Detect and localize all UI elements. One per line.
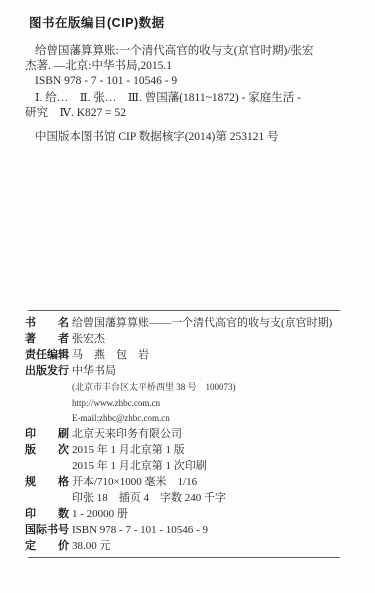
divider-bottom xyxy=(28,557,340,558)
field-label: 国际书号 xyxy=(25,523,72,539)
colophon-table: 书 名 给曾国藩算算账——一个清代高官的收与支(京官时期) 著 者 张宏杰 责任… xyxy=(25,316,357,555)
colophon-row-publisher: 出版发行 中华书局 (北京市丰台区太平桥西里 38 号 100073) http… xyxy=(25,364,357,428)
publisher-url: http://www.zhbc.com.cn xyxy=(72,396,357,412)
colophon-row-format: 规 格 开本/710×1000 毫米 1/16 印张 18 插页 4 字数 24… xyxy=(25,475,357,507)
colophon-row-title: 书 名 给曾国藩算算账——一个清代高官的收与支(京官时期) xyxy=(25,316,357,332)
field-value: 2015 年 1 月北京第 1 版 xyxy=(72,443,357,459)
cip-record-number: 中国版本图书馆 CIP 数据核字(2014)第 253121 号 xyxy=(25,130,375,145)
divider-top xyxy=(28,310,340,311)
cip-entry-line1: 给曾国藩算算账:一个清代高官的收与支(京官时期)/张宏 xyxy=(25,44,355,59)
colophon-row-price: 定 价 38.00 元 xyxy=(25,539,357,555)
copyright-page: 图书在版编目(CIP)数据 给曾国藩算算账:一个清代高官的收与支(京官时期)/张… xyxy=(0,0,375,593)
field-value: 中华书局 xyxy=(72,364,357,380)
colophon-row-edition: 版 次 2015 年 1 月北京第 1 版 2015 年 1 月北京第 1 次印… xyxy=(25,443,357,475)
field-label: 规 格 xyxy=(25,475,72,491)
field-label: 印 数 xyxy=(25,507,72,523)
field-label: 版 次 xyxy=(25,443,72,459)
field-value: 马 燕 包 岩 xyxy=(72,348,357,364)
field-value: 北京天来印务有限公司 xyxy=(72,427,357,443)
publisher-email: E-mail:zhbc@zhbc.com.cn xyxy=(72,411,357,427)
field-value: 38.00 元 xyxy=(72,539,357,555)
publisher-address: (北京市丰台区太平桥西里 38 号 100073) xyxy=(72,380,357,396)
field-label: 定 价 xyxy=(25,539,72,555)
field-value: 1 - 20000 册 xyxy=(72,507,357,523)
field-value: 张宏杰 xyxy=(72,332,357,348)
field-value: 开本/710×1000 毫米 1/16 xyxy=(72,475,357,491)
cip-class-line2: 研究 Ⅳ. K827 = 52 xyxy=(25,106,355,121)
colophon-row-print-run: 印 数 1 - 20000 册 xyxy=(25,507,357,523)
cip-classification: Ⅰ. 给… Ⅱ. 张… Ⅲ. 曾国藩(1811~1872) - 家庭生活 - 研… xyxy=(25,91,355,121)
colophon-row-printer: 印 刷 北京天来印务有限公司 xyxy=(25,427,357,443)
colophon-row-editor: 责任编辑 马 燕 包 岩 xyxy=(25,348,357,364)
field-label: 著 者 xyxy=(25,332,72,348)
field-value: ISBN 978 - 7 - 101 - 10546 - 9 xyxy=(72,523,357,539)
cip-entry-line2: 杰著. —北京:中华书局,2015.1 xyxy=(25,59,355,74)
cip-isbn-line: ISBN 978 - 7 - 101 - 10546 - 9 xyxy=(25,74,355,89)
field-label: 出版发行 xyxy=(25,364,72,380)
field-label: 书 名 xyxy=(25,316,72,332)
colophon-row-author: 著 者 张宏杰 xyxy=(25,332,357,348)
format-sheets: 印张 18 插页 4 字数 240 千字 xyxy=(72,491,357,507)
colophon-row-isbn: 国际书号 ISBN 978 - 7 - 101 - 10546 - 9 xyxy=(25,523,357,539)
field-label: 责任编辑 xyxy=(25,348,72,364)
field-label: 印 刷 xyxy=(25,427,72,443)
cip-class-line1: Ⅰ. 给… Ⅱ. 张… Ⅲ. 曾国藩(1811~1872) - 家庭生活 - xyxy=(25,91,355,106)
cip-entry: 给曾国藩算算账:一个清代高官的收与支(京官时期)/张宏 杰著. —北京:中华书局… xyxy=(25,44,355,89)
edition-printing: 2015 年 1 月北京第 1 次印刷 xyxy=(72,459,357,475)
cip-header: 图书在版编目(CIP)数据 xyxy=(29,0,375,31)
field-value: 给曾国藩算算账——一个清代高官的收与支(京官时期) xyxy=(72,316,357,332)
